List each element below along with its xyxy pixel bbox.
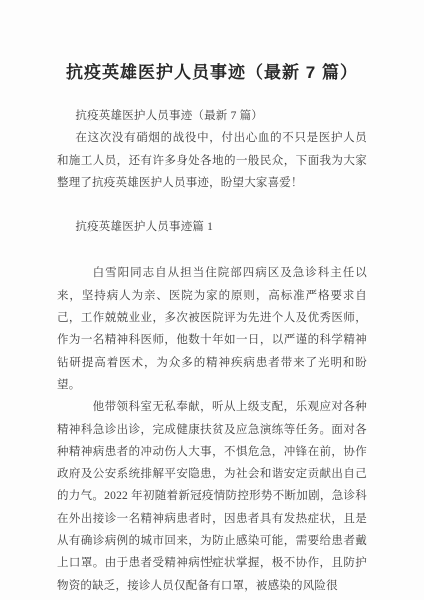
- page-number: -1-: [0, 554, 424, 564]
- document-page: 抗疫英雄医护人员事迹（最新 7 篇） 抗疫英雄医护人员事迹（最新 7 篇） 在这…: [0, 0, 424, 600]
- subtitle-line: 抗疫英雄医护人员事迹（最新 7 篇）: [57, 105, 367, 127]
- body-paragraph: 他带领科室无私奉献，听从上级支配，乐观应对各种精神科急诊出诊，完成健康扶贫及应急…: [57, 396, 367, 597]
- section-heading: 抗疫英雄医护人员事迹篇 1: [57, 216, 367, 238]
- document-title: 抗疫英雄医护人员事迹（最新 7 篇）: [57, 62, 367, 84]
- intro-paragraph: 在这次没有硝烟的战役中，付出心血的不只是医护人员和施工人员，还有许多身处各地的一…: [57, 127, 367, 194]
- body-paragraph: 白雪阳同志自从担当住院部四病区及急诊科主任以来，坚持病人为亲、医院为家的原则，高…: [57, 262, 367, 396]
